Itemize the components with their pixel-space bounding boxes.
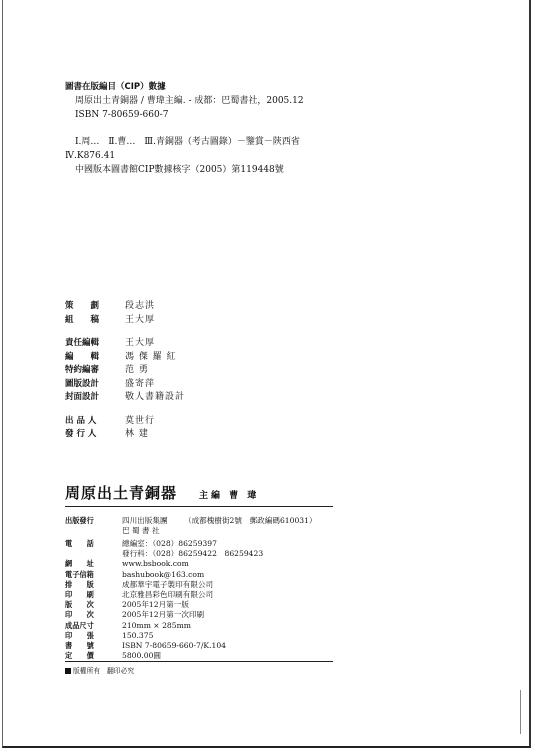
credit-row: 組 稿王大厚 xyxy=(65,314,185,328)
copyright-page: 圖書在版編目（CIP）數據 周原出土青銅器 / 曹瑋主編. - 成都：巴蜀書社，… xyxy=(2,0,531,748)
publisher-group: 四川出版集團 xyxy=(122,516,184,526)
black-square-icon xyxy=(65,668,71,674)
publisher-address: （成都槐樹街2號 郵政編碼610031） xyxy=(184,516,317,536)
book-title: 周原出土青銅器 xyxy=(65,482,177,503)
colophon-row: 書 號ISBN 7-80659-660-7/K.104 xyxy=(65,641,333,651)
colophon-row: 印 次2005年12月第一次印刷 xyxy=(65,610,333,620)
credit-row: 發 行 人林 建 xyxy=(65,428,185,442)
colophon-row: 成品尺寸210mm × 285mm xyxy=(65,621,333,631)
credit-row: 編 輯馮 傑 羅 紅 xyxy=(65,351,185,365)
credit-row: 責任編輯王大厚 xyxy=(65,337,185,351)
credit-row: 策 劃段志洪 xyxy=(65,300,185,314)
credits-block: 策 劃段志洪 組 稿王大厚 責任編輯王大厚 編 輯馮 傑 羅 紅 特約編審范 勇… xyxy=(65,300,185,442)
colophon-block: 周原出土青銅器 主編 曹 瑋 出版發行 四川出版集團 巴 蜀 書 社 （成都槐樹… xyxy=(65,482,333,675)
publisher-name: 巴 蜀 書 社 xyxy=(122,526,184,536)
chief-editor: 主編 曹 瑋 xyxy=(199,488,259,501)
colophon-row: 網 址www.bsbook.com xyxy=(65,559,333,569)
cip-record-number: 中國版本圖書館CIP數據核字（2005）第119448號 xyxy=(65,163,304,177)
credit-row: 特約編審范 勇 xyxy=(65,364,185,378)
colophon-row: 定 價5800.00圓 xyxy=(65,651,333,662)
colophon-row: 印 刷北京雅昌彩色印刷有限公司 xyxy=(65,590,333,600)
colophon-row: 排 版成都華宇電子製印有限公司 xyxy=(65,580,333,590)
colophon-title-bar: 周原出土青銅器 主編 曹 瑋 xyxy=(65,482,333,507)
rights-notice: 版權所有 翻印必究 xyxy=(65,665,333,675)
cip-isbn: ISBN 7-80659-660-7 xyxy=(65,108,304,122)
credit-row: 圖版設計盛寄萍 xyxy=(65,378,185,392)
cip-title-line: 周原出土青銅器 / 曹瑋主編. - 成都：巴蜀書社，2005.12 xyxy=(65,94,304,108)
cip-subjects: Ⅰ.周… Ⅱ.曹… Ⅲ.青銅器（考古圖錄）－鑒賞－陝西省 xyxy=(65,135,304,149)
colophon-row: 發行科：（028）86259422 86259423 xyxy=(65,549,333,559)
colophon-row: 印 張150.375 xyxy=(65,631,333,641)
colophon-row: 電 話總編室：（028）86259397 xyxy=(65,539,333,549)
scan-edge-mark xyxy=(520,690,521,734)
colophon-row: 版 次2005年12月第一版 xyxy=(65,600,333,610)
cip-classification: Ⅳ.K876.41 xyxy=(65,149,304,163)
cip-heading: 圖書在版編目（CIP）數據 xyxy=(65,80,304,94)
cip-data-block: 圖書在版編目（CIP）數據 周原出土青銅器 / 曹瑋主編. - 成都：巴蜀書社，… xyxy=(65,80,304,177)
colophon-row: 電子信箱bashubook@163.com xyxy=(65,570,333,580)
credit-row: 封面設計敬人書籍設計 xyxy=(65,391,185,405)
publisher-row: 出版發行 四川出版集團 巴 蜀 書 社 （成都槐樹街2號 郵政編碼610031） xyxy=(65,516,333,536)
credit-row: 出 品 人莫世行 xyxy=(65,415,185,429)
